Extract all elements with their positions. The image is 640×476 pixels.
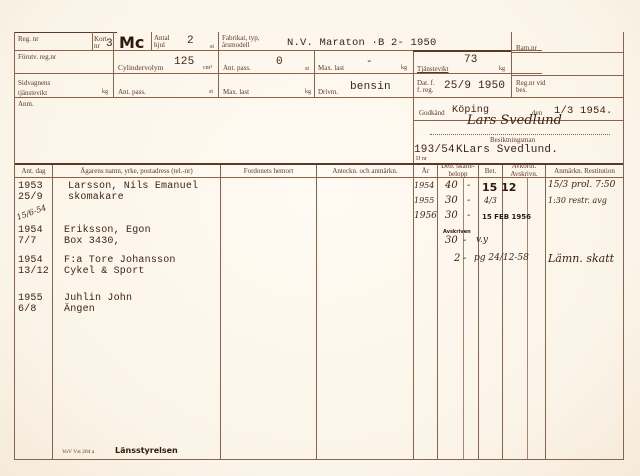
rule [463, 177, 464, 459]
tax-paid: 4/3 [484, 196, 497, 205]
tax-dash: - [467, 195, 470, 206]
rule [151, 32, 152, 50]
dat-f-reg-label: Dat. f. f. reg. [417, 80, 437, 94]
owner-name: F:a Tore Johansson [64, 255, 176, 266]
rule [92, 32, 93, 50]
ant-pass-unit: st [305, 66, 309, 72]
tax-year: 1955 [414, 196, 434, 205]
col-anteckn: Anteckn. och anmärkn. [317, 167, 413, 175]
sidvagn-ant-pass-unit: st [209, 89, 213, 95]
rule [314, 50, 315, 97]
tax-dash: - [467, 210, 470, 221]
sidvagn-ant-pass-label: Ant. pass. [118, 89, 146, 96]
tax-amount: 30 [445, 195, 458, 206]
max-last-value: - [366, 56, 373, 68]
tax-amount: 30 [445, 210, 458, 221]
tjanstevikt-value: 73 [464, 54, 478, 66]
rule [437, 165, 438, 459]
inspector-signature: Lars Svedlund [467, 113, 562, 128]
sidvagn-max-last-label: Max. last [223, 89, 249, 96]
ram-nr-label: Ram.nr [516, 45, 537, 52]
besiktningsman-label: Besiktningsman [490, 137, 535, 144]
vehicle-class: Mc [119, 33, 144, 52]
col-deb-skattebelopp: Deb. skatte- belopp [438, 162, 478, 178]
antal-hjul-label: Antal hjul [154, 35, 180, 49]
owner-year: 1954 [18, 255, 43, 266]
owner-year: 1954 [18, 225, 43, 236]
owner-name: Eriksson, Egon [64, 225, 151, 236]
tax-remark: 1:30 restr. avg [548, 196, 607, 205]
tax-year: 1956 [414, 211, 437, 221]
col-fordonets-hemort: Fordonets hemort [221, 167, 316, 175]
col-anmarkn-restitution: Anmärkn. Restitution [546, 167, 623, 175]
tjanstevikt-unit: kg [499, 66, 505, 72]
rule [14, 32, 117, 33]
owner-year: 1953 [18, 181, 43, 192]
max-last-unit: kg [401, 65, 407, 71]
tax-paid: 15 FEB 1956 [482, 213, 531, 221]
anm-label: Anm. [18, 101, 34, 108]
owner-line2: Ängen [64, 304, 95, 315]
owner-line2: skomakare [68, 192, 124, 203]
owner-name: Juhlin John [64, 293, 132, 304]
cylindervolym-unit: cm³ [203, 65, 212, 71]
drivm-label: Drivm. [318, 89, 338, 96]
godkand-date: 1/3 1954. [554, 105, 613, 117]
tax-dash: - [467, 180, 470, 191]
owner-line2: Box 3430, [64, 236, 120, 247]
col-ar: År [414, 167, 437, 175]
rule [512, 75, 624, 76]
dnr-label: D nr [416, 156, 427, 163]
antal-hjul-value: 2 [187, 35, 194, 47]
owner-note: 15/6-54 [15, 203, 47, 222]
owner-line2: Cykel & Sport [64, 266, 145, 277]
rule [413, 165, 414, 459]
rule [545, 165, 546, 459]
tax-amount: 2 [454, 253, 460, 264]
godkand-label: Godkänd [419, 110, 445, 117]
drivm-value: bensin [350, 81, 391, 93]
ant-pass-value: 0 [276, 56, 283, 68]
besiktningsman-name: KLars Svedlund. [456, 144, 558, 156]
col-bet: Bet. [479, 167, 502, 175]
ant-pass-label: Ant. pass. [223, 65, 251, 72]
rule [413, 50, 511, 52]
cylindervolym-label: Cylindervolym [118, 64, 163, 71]
col-avkortn: Avkortn. Avskrivn. [503, 162, 545, 178]
kort-nr-value: 3 [106, 38, 113, 50]
rule [623, 32, 624, 459]
sidvagn-unit: kg [102, 89, 108, 95]
rule [113, 32, 114, 97]
tjanstevikt-label: Tjänstevikt [417, 66, 449, 73]
owner-year: 1955 [18, 293, 43, 304]
rule [14, 32, 15, 459]
rule [511, 32, 512, 97]
sidvagn-label: Sidvagnens tjänstevikt [18, 78, 78, 98]
rule [52, 165, 53, 459]
signature-line [430, 134, 610, 135]
rule [14, 73, 542, 74]
rule [220, 165, 221, 459]
form-code: VoV Vst 204 a [62, 449, 94, 456]
issuer: Länsstyrelsen [115, 446, 178, 455]
reg-nr-vid-bes-label: Reg.nr vid bes. [516, 80, 546, 94]
dat-f-reg-value: 25/9 1950 [444, 80, 505, 92]
col-ant-dag: Ant. dag [15, 167, 52, 175]
tax-dash: - [463, 235, 466, 246]
forutv-reg-label: Förutv. reg.nr [18, 54, 58, 61]
tax-year: 1954 [414, 181, 434, 190]
rule [512, 52, 624, 53]
owner-date: 6/8 [18, 304, 37, 315]
registration-card: Reg. nr Kort nr 3 Mc Antal hjul 2 st Fab… [0, 0, 640, 476]
owner-date: 25/9 [18, 192, 43, 203]
max-last-label: Max. last [318, 65, 344, 72]
tax-dash: - [463, 253, 466, 264]
sidvagn-max-last-unit: kg [305, 89, 311, 95]
rule [478, 165, 479, 459]
rule [502, 165, 503, 459]
owner-date: 13/12 [18, 266, 49, 277]
rule [413, 50, 414, 97]
dnr-value: 193/54 [414, 144, 455, 156]
col-agarens-namn: Ägarens namn, yrke, postadress (tel.-nr) [53, 167, 220, 175]
tax-remark: 15/3 prol. 7:50 [548, 180, 615, 190]
tax-amount: 30 [445, 235, 458, 246]
tax-paid: v.y [476, 235, 488, 245]
fabrikat-value: N.V. Maraton ·B 2- 1950 [287, 37, 437, 49]
tax-remark: Lämn. skatt [548, 252, 614, 265]
rule [14, 97, 624, 98]
owner-date: 7/7 [18, 236, 37, 247]
rule [218, 32, 219, 97]
owner-name: Larsson, Nils Emanuel [68, 181, 198, 192]
fabrikat-label: Fabrikat, typ, årsmodell [222, 35, 272, 49]
reg-nr-label: Reg. nr [18, 36, 39, 43]
cylindervolym-value: 125 [174, 56, 194, 68]
rule [316, 165, 317, 459]
tax-paid: 15 12 [482, 181, 516, 194]
rule [14, 459, 624, 460]
antal-hjul-unit: st [210, 44, 214, 50]
tax-amount: 40 [445, 180, 458, 191]
tax-paid: pg 24/12-58 [474, 253, 529, 263]
